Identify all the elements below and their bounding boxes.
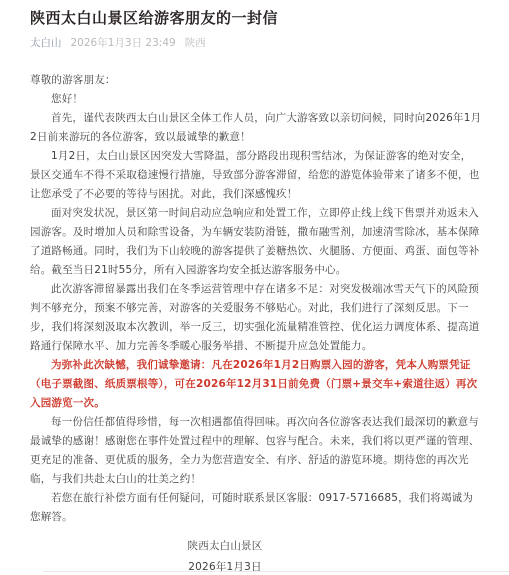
letter-salutation: 尊敬的游客朋友： (30, 71, 482, 90)
bottom-divider (43, 571, 509, 572)
byline: 太白山 2026年1月3日 23:49 陕西 (30, 36, 482, 50)
signature-date: 2026年1月3日 (30, 557, 420, 575)
letter-paragraph: 此次游客滞留暴露出我们在冬季运营管理中存在诸多不足：对突发极端冰雪天气下的风险预… (30, 280, 482, 356)
page-title: 陕西太白山景区给游客朋友的一封信 (30, 8, 482, 28)
letter-paragraph: 每一份信任都值得珍惜，每一次相遇都值得回味。再次向各位游客表达我们最深切的歉意与… (30, 413, 482, 489)
letter-paragraph: 若您在旅行补偿方面有任何疑问，可随时联系景区客服：0917-5716685，我们… (30, 489, 482, 527)
letter-paragraph: 面对突发状况，景区第一时间启动应急响应和处置工作，立即停止线上线下售票并劝返未入… (30, 204, 482, 280)
letter-signature: 陕西太白山景区 2026年1月3日 (30, 536, 420, 575)
letter-highlight-paragraph: 为弥补此次缺憾，我们诚挚邀请：凡在2026年1月2日购票入园的游客，凭本人购票凭… (30, 356, 482, 413)
letter-paragraph: 您好！ (30, 90, 482, 109)
post-location: 陕西 (185, 36, 206, 50)
letter-paragraph: 1月2日，太白山景区因突发大雪降温，部分路段出现积雪结冰，为保证游客的绝对安全，… (30, 147, 482, 204)
letter-body: 尊敬的游客朋友： 您好！ 首先，谨代表陕西太白山景区全体工作人员，向广大游客致以… (30, 71, 482, 575)
article-page: 陕西太白山景区给游客朋友的一封信 太白山 2026年1月3日 23:49 陕西 … (0, 0, 509, 575)
post-datetime: 2026年1月3日 23:49 (71, 36, 176, 50)
letter-paragraph: 首先，谨代表陕西太白山景区全体工作人员，向广大游客致以亲切问候，同时向2026年… (30, 109, 482, 147)
signature-name: 陕西太白山景区 (30, 536, 420, 557)
author-link[interactable]: 太白山 (30, 36, 62, 50)
